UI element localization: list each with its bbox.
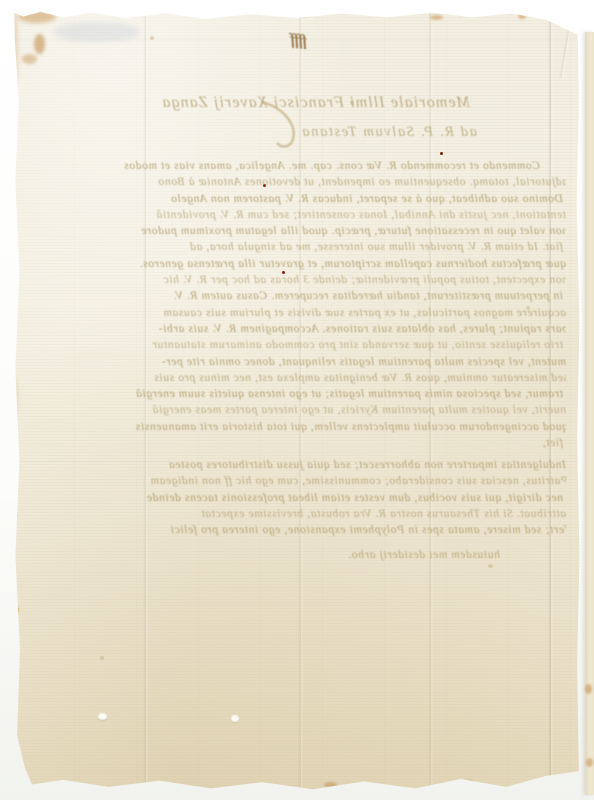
pen-flourish-swash [256, 98, 302, 154]
ink-bleed-text: ffff Memoriale Illmi Francisci Xaverij Z… [12, 8, 580, 790]
text-line: tramur, sed speciosa nimis parentium leg… [28, 386, 563, 402]
text-line: acquirere magnos particulas, ut ex parte… [28, 305, 566, 321]
text-line: non valet quo in recessatione futuræ, pr… [28, 223, 566, 239]
text-line: trio reliquisse sentio, ut quæ servanda … [28, 337, 563, 353]
sliver-stain-2 [586, 758, 593, 767]
text-line: fert; sed misere, amata spes in Polyphem… [28, 522, 566, 538]
text-line: Patritus, nescias suis considerabo; comm… [28, 473, 566, 489]
text-line: in perpetuum præstiterunt, tandiu hæredi… [28, 288, 563, 304]
text-line: adjutorial, totamq. obsequentium eo impe… [28, 174, 566, 190]
text-line: mutent, vel species multa parentium lega… [28, 354, 566, 370]
text-line: Domino suo adhibeat, quo à se separet, i… [28, 191, 563, 207]
stain-top-edge-1 [130, 11, 139, 16]
stain-top-edge-2 [298, 12, 309, 17]
text-line: attribuat. Si his Thesaurus nostra R. Vr… [28, 506, 566, 522]
text-line: Indulgentias impartere non abhorrescet; … [28, 457, 566, 473]
text-line: sed misereatur omnium, quos R. Væ benign… [28, 370, 566, 386]
text-line: nuerit, vel quoties multa parentium Kyri… [28, 402, 566, 418]
stain-left-dot-2 [11, 606, 19, 614]
paper-sheet: ffff Memoriale Illmi Francisci Xaverij Z… [12, 8, 580, 790]
stain-top-edge-4 [456, 10, 465, 15]
text-line: quæ præfectus hodiernus capellam scripto… [28, 256, 566, 272]
sliver-stain-1 [585, 684, 592, 694]
stain-left-dot-1 [11, 512, 17, 519]
text-line: quod accingendorum occuluit amplectens v… [28, 419, 566, 435]
stain-bottom-edge-3 [550, 776, 559, 783]
memorial-title-line-1: Memoriale Illmi Francisci Xaverij Zanga [161, 94, 470, 112]
adjacent-page-edge [585, 32, 594, 795]
scan-background: ffff Memoriale Illmi Francisci Xaverij Z… [0, 0, 594, 800]
text-line-paragraph-end: fiet, [28, 435, 563, 451]
text-line: non expectent, totius populi prævidentiæ… [28, 272, 566, 288]
ink-scribble-mark: ffff [290, 31, 308, 51]
closing-line: huiusdem mei desiderij arbo. [348, 549, 500, 561]
text-line: fiat. Id etiam R. V. provider illum suo … [28, 239, 563, 255]
body-paragraph-1: Commendo et recommendo R. Væ cons. cap. … [28, 158, 566, 451]
text-line: tentationi, nec justis dni Annibal, Iona… [28, 207, 566, 223]
text-line: Commendo et recommendo R. Væ cons. cap. … [28, 158, 566, 174]
text-line: pars rapiunt; plures, has oblatas suis r… [28, 321, 566, 337]
memorial-title-line-2: ad R. P. Salvum Testana [301, 124, 477, 141]
body-paragraph-2: Indulgentias impartere non abhorrescet; … [28, 457, 566, 538]
text-line: nec dirigit, qui suis vocibus, dum veste… [28, 490, 563, 506]
